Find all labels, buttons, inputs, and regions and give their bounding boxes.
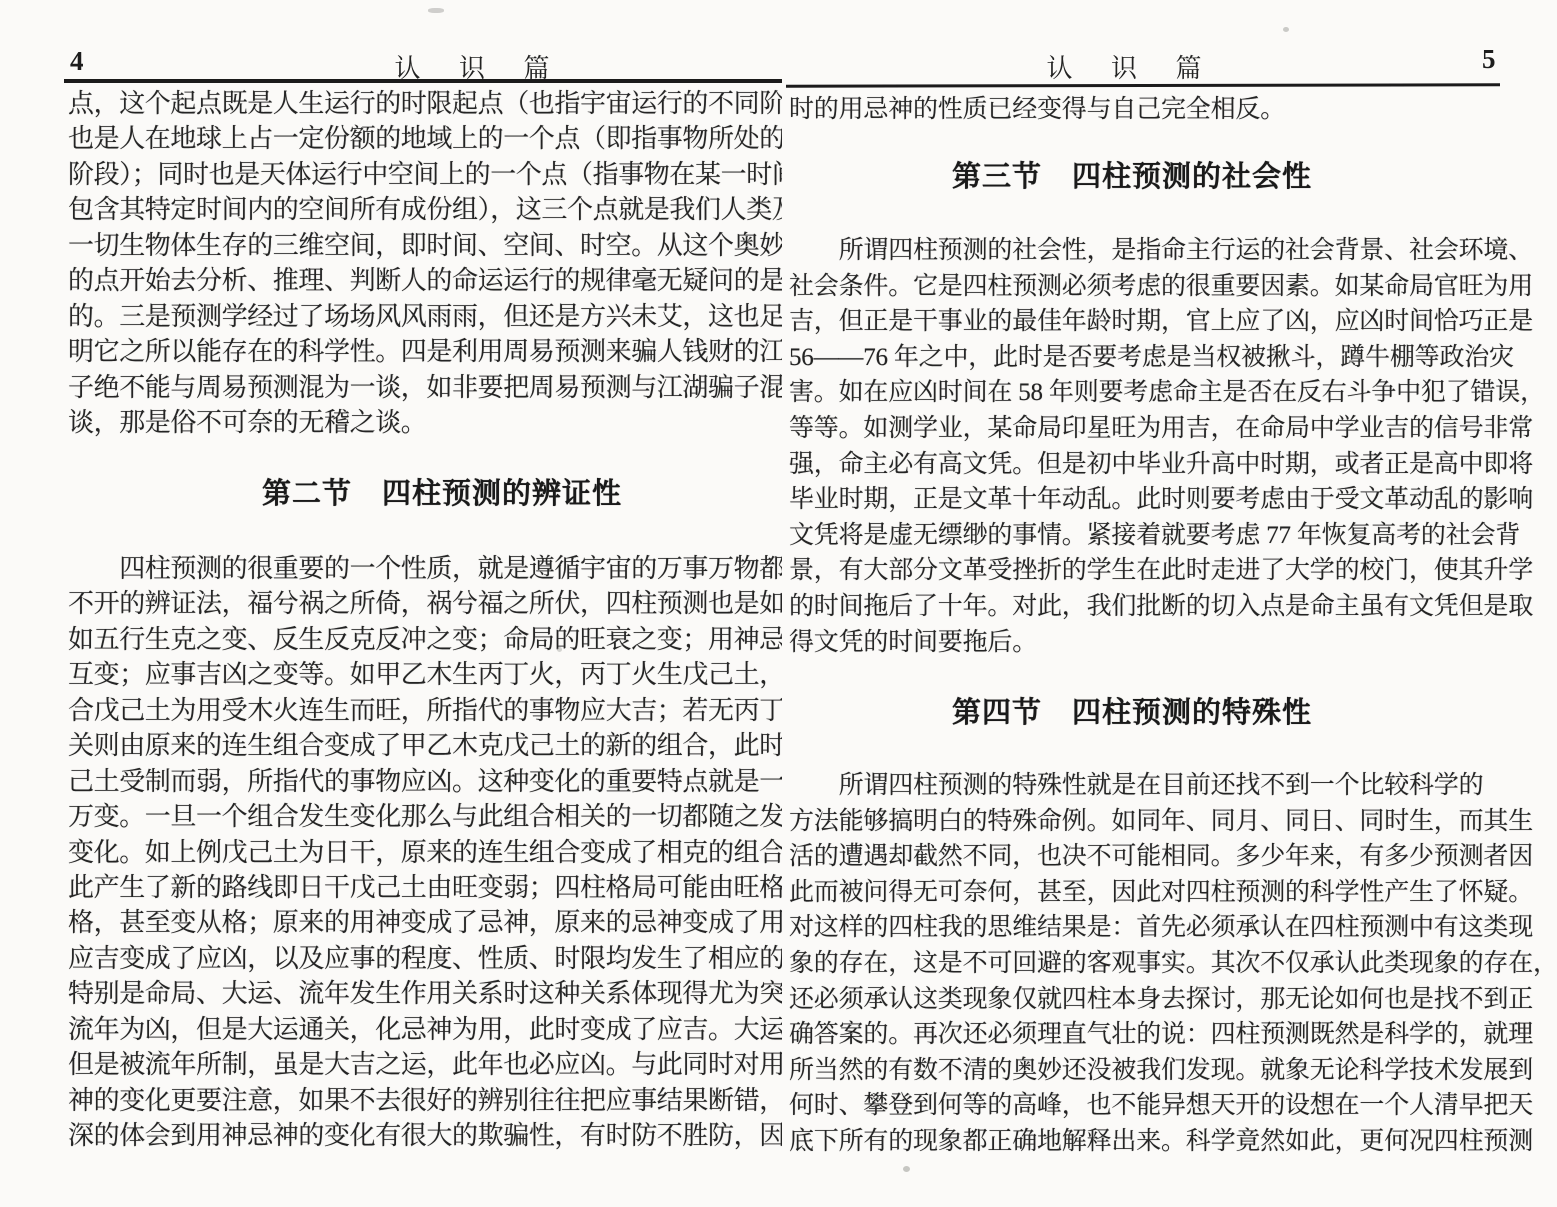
text-line: 社会条件。它是四柱预测必须考虑的很重要因素。如某命局官旺为用 <box>789 269 1545 305</box>
text-line: 还必须承认这类现象仅就四柱本身去探讨，那无论如何也是找不到正 <box>789 982 1557 1018</box>
text-line: 底下所有的现象都正确地解释出来。科学竟然如此，更何况四柱预测 <box>789 1124 1557 1160</box>
page-right: 认 识 篇 5 时的用忌神的性质已经变得与自己完全相反。 第三节 四柱预测的社会… <box>782 0 1557 1207</box>
intro-paragraph-continuation: 点，这个起点既是人生运行的时限起点（也指宇宙运行的不同阶段）；也是人在地球上占一… <box>68 86 849 440</box>
text-line: 流年为凶，但是大运通关，化忌神为用，此时变成了应吉。大运为吉 <box>68 1012 836 1047</box>
text-line: 如五行生克之变、反生反克反冲之变；命局的旺衰之变；用神忌神之 <box>68 622 836 657</box>
section2-paragraph: 四柱预测的很重要的一个性质，就是遵循宇宙的万事万物都离不开的辨证法，福兮祸之所倚… <box>68 551 836 1153</box>
header-rule-right <box>786 83 1500 87</box>
text-line: 所谓四柱预测的特殊性就是在目前还找不到一个比较科学的 <box>789 768 1557 804</box>
section3-paragraph: 所谓四柱预测的社会性，是指命主行运的社会背景、社会环境、社会条件。它是四柱预测必… <box>789 233 1545 660</box>
section-heading-3: 第三节 四柱预测的社会性 <box>782 154 1482 195</box>
text-line: 一切生物体生存的三维空间，即时间、空间、时空。从这个奥妙无穷 <box>68 228 849 263</box>
page-left: 4 认 识 篇 点，这个起点既是人生运行的时限起点（也指宇宙运行的不同阶段）；也… <box>0 0 800 1207</box>
text-line: 关则由原来的连生组合变成了甲乙木克戊己土的新的组合，此时的戊 <box>68 728 836 763</box>
text-line: 确答案的。再次还必须理直气壮的说：四柱预测既然是科学的，就理 <box>789 1017 1557 1053</box>
text-line: 明它之所以能存在的科学性。四是利用周易预测来骗人钱财的江湖骗 <box>68 334 849 369</box>
text-line: 的时间拖后了十年。对此，我们批断的切入点是命主虽有文凭但是取 <box>789 589 1545 625</box>
text-line: 强，命主必有高文凭。但是初中毕业升高中时期，或者正是高中即将 <box>789 447 1545 483</box>
text-line: 所谓四柱预测的社会性，是指命主行运的社会背景、社会环境、 <box>789 233 1545 269</box>
text-line: 四柱预测的很重要的一个性质，就是遵循宇宙的万事万物都离 <box>68 551 836 586</box>
text-line: 谈，那是俗不可奈的无稽之谈。 <box>68 405 849 440</box>
text-line: 此产生了新的路线即日干戊己土由旺变弱；四柱格局可能由旺格变弱 <box>68 870 836 905</box>
section-heading-2: 第二节 四柱预测的辨证性 <box>0 471 884 512</box>
text-line: 何时、攀登到何等的高峰，也不能异想天开的设想在一个人清早把天 <box>789 1088 1557 1124</box>
scan-speck <box>1283 27 1289 32</box>
text-line: 景，有大部分文革受挫折的学生在此时走进了大学的校门，使其升学 <box>789 553 1545 589</box>
section-heading-4: 第四节 四柱预测的特殊性 <box>782 690 1482 731</box>
text-line: 互变；应事吉凶之变等。如甲乙木生丙丁火，丙丁火生戊己土，此组 <box>68 657 836 692</box>
page-number-right: 5 <box>1482 44 1496 75</box>
text-line: 方法能够搞明白的特殊命例。如同年、同月、同日、同时生，而其生 <box>789 804 1557 840</box>
text-line: 阶段）；同时也是天体运行中空间上的一个点（指事物在某一时间里 <box>68 157 849 192</box>
text-line: 等等。如测学业，某命局印星旺为用吉，在命局中学业吉的信号非常 <box>789 411 1545 447</box>
text-line: 变化。如上例戊己土为日干，原来的连生组合变成了相克的组合，由 <box>68 835 836 870</box>
text-line: 对这样的四柱我的思维结果是：首先必须承认在四柱预测中有这类现 <box>789 910 1557 946</box>
text-line: 己土受制而弱，所指代的事物应凶。这种变化的重要特点就是一变应 <box>68 764 836 799</box>
text-line: 56——76 年之中，此时是否要考虑是当权被揪斗，蹲牛棚等政治灾 <box>789 340 1545 376</box>
text-line: 但是被流年所制，虽是大吉之运，此年也必应凶。与此同时对用神忌 <box>68 1047 836 1082</box>
scanned-book-spread: 4 认 识 篇 点，这个起点既是人生运行的时限起点（也指宇宙运行的不同阶段）；也… <box>0 0 1557 1207</box>
text-line: 所当然的有数不清的奥妙还没被我们发现。就象无论科学技术发展到 <box>789 1053 1557 1089</box>
text-line: 不开的辨证法，福兮祸之所倚，祸兮福之所伏，四柱预测也是如此。 <box>68 586 836 621</box>
text-line: 此而被问得无可奈何，甚至，因此对四柱预测的科学性产生了怀疑。 <box>789 875 1557 911</box>
text-line: 的。三是预测学经过了场场风风雨雨，但还是方兴未艾，这也足以说 <box>68 299 849 334</box>
text-line: 点，这个起点既是人生运行的时限起点（也指宇宙运行的不同阶段）； <box>68 86 849 121</box>
scan-speck <box>557 647 562 652</box>
text-line: 的点开始去分析、推理、判断人的命运运行的规律毫无疑问的是科学 <box>68 263 849 298</box>
text-line: 神的变化更要注意，如果不去很好的辨别往往把应事结果断错，我深 <box>68 1083 836 1118</box>
text-line: 格，甚至变从格；原来的用神变成了忌神，原来的忌神变成了用神； <box>68 905 836 940</box>
text-line: 子绝不能与周易预测混为一谈，如非要把周易预测与江湖骗子混为一 <box>68 370 849 405</box>
text-line: 得文凭的时间要拖后。 <box>789 625 1545 661</box>
text-line: 特别是命局、大运、流年发生作用关系时这种关系体现得尤为突出， <box>68 976 836 1011</box>
scan-speck <box>903 1166 910 1172</box>
text-line: 害。如在应凶时间在 58 年则要考虑命主是否在反右斗争中犯了错误， <box>789 375 1545 411</box>
carryover-paragraph: 时的用忌神的性质已经变得与自己完全相反。 <box>789 92 1285 128</box>
text-line: 时的用忌神的性质已经变得与自己完全相反。 <box>789 92 1285 128</box>
scan-speck <box>428 8 444 13</box>
text-line: 毕业时期，正是文革十年动乱。此时则要考虑由于受文革动乱的影响 <box>789 482 1545 518</box>
text-line: 应吉变成了应凶，以及应事的程度、性质、时限均发生了相应的变化 <box>68 941 836 976</box>
running-header-right: 认 识 篇 <box>782 48 1482 85</box>
text-line: 吉，但正是干事业的最佳年龄时期，官上应了凶，应凶时间恰巧正是 <box>789 304 1545 340</box>
section4-paragraph: 所谓四柱预测的特殊性就是在目前还找不到一个比较科学的方法能够搞明白的特殊命例。如… <box>789 768 1557 1160</box>
text-line: 万变。一旦一个组合发生变化那么与此组合相关的一切都随之发生了 <box>68 799 836 834</box>
text-line: 合戊己土为用受木火连生而旺，所指代的事物应大吉；若无丙丁火通 <box>68 693 836 728</box>
text-line: 文凭将是虚无缥缈的事情。紧接着就要考虑 77 年恢复高考的社会背 <box>789 518 1545 554</box>
text-line: 包含其特定时间内的空间所有成份组），这三个点就是我们人类及其 <box>68 192 849 227</box>
text-line: 活的遭遇却截然不同，也决不可能相同。多少年来，有多少预测者因 <box>789 839 1557 875</box>
text-line: 也是人在地球上占一定份额的地域上的一个点（即指事物所处的不同 <box>68 121 849 156</box>
header-rule-left <box>64 79 810 83</box>
text-line: 深的体会到用神忌神的变化有很大的欺骗性，有时防不胜防，因为此 <box>68 1118 836 1153</box>
text-line: 象的存在，这是不可回避的客观事实。其次不仅承认此类现象的存在， <box>789 946 1557 982</box>
